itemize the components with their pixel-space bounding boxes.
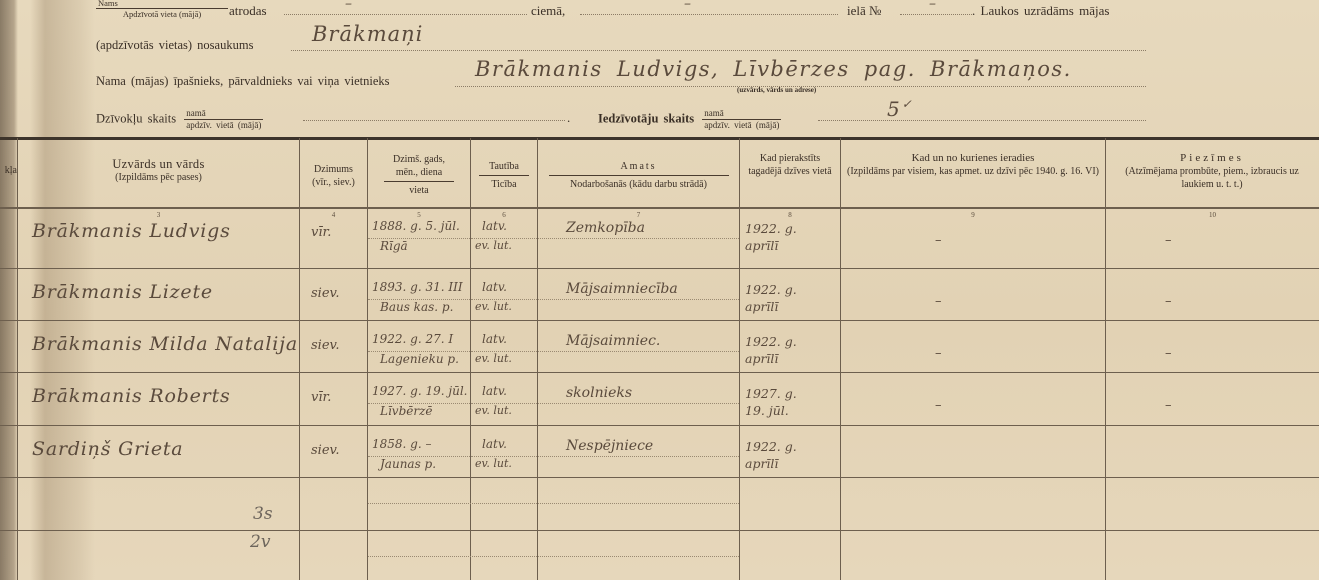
residents-fraction: namā apdzīv. vietā (mājā) [702, 108, 781, 131]
apartments-fraction: namā apdzīv. vietā (mājā) [184, 108, 263, 131]
fraction-top: Nams [96, 0, 228, 9]
col-header-subtitle: (vīr., siev.) [300, 176, 367, 189]
row-divider [0, 268, 1319, 269]
row-divider [0, 530, 1319, 531]
cell-name[interactable]: Brākmanis Roberts [32, 385, 231, 407]
cell-dotted-line [471, 299, 537, 300]
cell-name[interactable]: Brākmanis Milda Natalija [32, 333, 298, 355]
cell-religion[interactable]: ev. lut. [475, 239, 512, 252]
col-header-subtitle: (Izpildāms pēc pases) [18, 171, 299, 184]
cell-occupation[interactable]: skolnieks [566, 385, 632, 401]
cell-notes[interactable]: – [1165, 233, 1172, 248]
col-number: 10 [1106, 211, 1319, 219]
column-divider [17, 138, 18, 580]
tally-note: 3s [253, 504, 273, 524]
cell-notes[interactable]: – [1165, 346, 1172, 361]
ciema-field-line [580, 14, 838, 15]
cell-birth-date[interactable]: 1893. g. 31. III [372, 280, 463, 294]
cell-notes[interactable]: – [1165, 398, 1172, 413]
cell-religion[interactable]: ev. lut. [475, 404, 512, 417]
column-divider [299, 138, 300, 580]
cell-dotted-line [538, 351, 739, 352]
col-number: 4 [300, 211, 367, 219]
cell-dotted-line [538, 299, 739, 300]
column-divider [367, 138, 368, 580]
owner-value[interactable]: Brākmanis Ludvigs, Līvbērzes pag. Brākma… [475, 57, 1072, 81]
cell-nationality[interactable]: latv. [482, 280, 507, 294]
col-header-title: Dzimums [300, 163, 367, 176]
cell-sex[interactable]: siev. [311, 338, 339, 353]
cell-nationality[interactable]: latv. [482, 219, 507, 233]
col-header-title: Dzimš. gads, mēn., diena [384, 153, 454, 182]
col-header-title: kļa [5, 165, 17, 176]
col-number: 3 [18, 211, 299, 219]
iela-field-line [900, 14, 972, 15]
column-divider [1105, 138, 1106, 580]
apartments-field-line [303, 120, 565, 121]
cell-registered[interactable]: 1927. g. 19. jūl. [745, 385, 815, 419]
col-header-subtitle: (Atzīmējama prombūte, piem., izbraucis u… [1112, 165, 1312, 191]
fraction-top: namā [184, 108, 263, 120]
cell-registered[interactable]: 1922. g. aprīlī [745, 281, 815, 315]
col-number: 6 [471, 211, 537, 219]
apartments-end-dot: . [567, 110, 570, 126]
col-number: 8 [740, 211, 840, 219]
row-divider [0, 425, 1319, 426]
iela-value[interactable]: – [929, 0, 936, 12]
cell-sex[interactable]: vīr. [311, 390, 331, 405]
cell-dotted-line [368, 238, 470, 239]
residents-value[interactable]: 5✓ [887, 97, 910, 121]
col-header-birth: Dzimš. gads, mēn., diena vieta [372, 153, 466, 197]
col-number: 5 [368, 211, 470, 219]
residents-field-line [818, 120, 1146, 121]
settlement-name-value[interactable]: Brākmaņi [312, 22, 423, 46]
cell-registered[interactable]: 1922. g. aprīlī [745, 333, 815, 367]
header-bottom-border [0, 207, 1319, 209]
cell-dotted-line [368, 403, 470, 404]
owner-label: Nama (mājas) īpašnieks, pārvaldnieks vai… [96, 74, 390, 89]
col-header-sex: Dzimums (vīr., siev.) [300, 163, 367, 189]
col-header-number: kļa [0, 164, 17, 177]
cell-arrived[interactable]: – [935, 398, 942, 413]
atrodas-label: atrodas [229, 3, 267, 19]
cell-birth-place[interactable]: Rīgā [380, 239, 408, 253]
cell-dotted-line [538, 403, 739, 404]
cell-notes[interactable]: – [1165, 294, 1172, 309]
cell-birth-date[interactable]: 1858. g. – [372, 437, 431, 451]
location-type-fraction: Nams Apdzīvotā vieta (mājā) [96, 0, 228, 19]
cell-birth-place[interactable]: Lagenieku p. [380, 352, 459, 366]
cell-nationality[interactable]: latv. [482, 384, 507, 398]
cell-registered[interactable]: 1922. g. aprīlī [745, 220, 815, 254]
cell-religion[interactable]: ev. lut. [475, 457, 512, 470]
fraction-bottom: apdzīv. vietā (mājā) [702, 120, 781, 131]
cell-occupation[interactable]: Zemkopība [566, 220, 645, 236]
cell-name[interactable]: Sardiņš Grieta [32, 438, 183, 460]
iela-label: ielā № [847, 3, 881, 19]
column-divider [470, 138, 471, 580]
col-header-title: Amats [549, 160, 729, 176]
cell-birth-date[interactable]: 1888. g. 5. jūl. [372, 219, 460, 233]
apartments-label-text: Dzīvokļu skaits [96, 111, 176, 125]
cell-registered[interactable]: 1922. g. aprīlī [745, 438, 815, 472]
atrodas-value[interactable]: – [345, 0, 352, 12]
col-header-title: Piezīmes [1112, 152, 1312, 165]
empty-row-dotted-line [368, 556, 739, 557]
column-divider [840, 138, 841, 580]
residents-count: 5 [887, 97, 900, 121]
cell-arrived[interactable]: – [935, 346, 942, 361]
col-header-subtitle: Ticība [471, 178, 537, 191]
residents-label-text: Iedzīvotāju skaits [598, 111, 694, 125]
cell-occupation[interactable]: Mājsaimniec. [566, 333, 660, 349]
empty-row-dotted-line [368, 503, 739, 504]
cell-birth-date[interactable]: 1927. g. 19. jūl. [372, 384, 467, 398]
cell-dotted-line [368, 351, 470, 352]
cell-religion[interactable]: ev. lut. [475, 352, 512, 365]
ciema-value[interactable]: – [684, 0, 691, 12]
col-header-occupation: Amats Nodarbošanās (kādu darbu strādā) [538, 160, 739, 191]
col-header-name: Uzvārds un vārds (Izpildāms pēc pases) [18, 158, 299, 184]
cell-dotted-line [471, 456, 537, 457]
column-divider [739, 138, 740, 580]
cell-name[interactable]: Brākmanis Lizete [32, 281, 213, 303]
col-header-nationality: Tautība Ticība [471, 160, 537, 191]
col-header-notes: Piezīmes (Atzīmējama prombūte, piem., iz… [1112, 152, 1312, 191]
col-header-subtitle: (Izpildāms par visiem, kas apmet. uz dzī… [846, 165, 1100, 178]
cell-arrived[interactable]: – [935, 233, 942, 248]
col-number: 9 [841, 211, 1105, 219]
row-divider [0, 477, 1319, 478]
col-header-arrived: Kad un no kurienes ieradies (Izpildāms p… [846, 152, 1100, 178]
settlement-name-label: (apdzīvotās vietas) nosaukums [96, 38, 253, 53]
apartments-label: Dzīvokļu skaits namā apdzīv. vietā (mājā… [96, 108, 263, 131]
cell-dotted-line [538, 238, 739, 239]
col-number: 7 [538, 211, 739, 219]
cell-birth-place[interactable]: Baus kas. p. [380, 300, 453, 314]
cell-sex[interactable]: siev. [311, 443, 339, 458]
cell-dotted-line [368, 299, 470, 300]
owner-hint: (uzvārds, vārds un adrese) [737, 86, 816, 94]
fraction-bottom: Apdzīvotā vieta (mājā) [96, 9, 228, 19]
cell-sex[interactable]: vīr. [311, 225, 331, 240]
col-header-subtitle: Nodarbošanās (kādu darbu strādā) [538, 178, 739, 191]
cell-occupation[interactable]: Nespējniece [566, 438, 653, 454]
tally-note: 2v [250, 532, 270, 552]
cell-nationality[interactable]: latv. [482, 437, 507, 451]
col-header-title: Kad un no kurienes ieradies [846, 152, 1100, 165]
column-divider [537, 138, 538, 580]
residents-label: Iedzīvotāju skaits namā apdzīv. vietā (m… [598, 108, 781, 131]
laukos-label: . Laukos uzrādāms mājas [972, 3, 1109, 19]
col-header-title: Tautība [479, 160, 529, 176]
cell-arrived[interactable]: – [935, 294, 942, 309]
cell-birth-place[interactable]: Jaunas p. [380, 457, 436, 471]
cell-dotted-line [471, 351, 537, 352]
cell-birth-place[interactable]: Līvbērzē [380, 404, 433, 418]
cell-nationality[interactable]: latv. [482, 332, 507, 346]
col-header-registered: Kad pierakstīts tagadējā dzīves vietā [744, 152, 836, 178]
table-top-border [0, 137, 1319, 140]
cell-religion[interactable]: ev. lut. [475, 300, 512, 313]
ciema-label: ciemā, [531, 3, 565, 19]
cell-sex[interactable]: siev. [311, 286, 339, 301]
col-header-title: Uzvārds un vārds [18, 158, 299, 171]
cell-occupation[interactable]: Mājsaimniecība [566, 281, 678, 297]
col-header-subtitle: vieta [372, 184, 466, 197]
check-mark: ✓ [902, 97, 912, 111]
cell-dotted-line [368, 456, 470, 457]
cell-name[interactable]: Brākmanis Ludvigs [32, 220, 231, 242]
cell-birth-date[interactable]: 1922. g. 27. I [372, 332, 453, 346]
cell-dotted-line [538, 456, 739, 457]
row-divider [0, 372, 1319, 373]
cell-dotted-line [471, 238, 537, 239]
settlement-name-line [291, 50, 1146, 51]
cell-dotted-line [471, 403, 537, 404]
atrodas-field-line [284, 14, 527, 15]
fraction-top: namā [702, 108, 781, 120]
row-divider [0, 320, 1319, 321]
fraction-bottom: apdzīv. vietā (mājā) [184, 120, 263, 131]
col-header-title: Kad pierakstīts tagadējā dzīves vietā [744, 152, 836, 178]
